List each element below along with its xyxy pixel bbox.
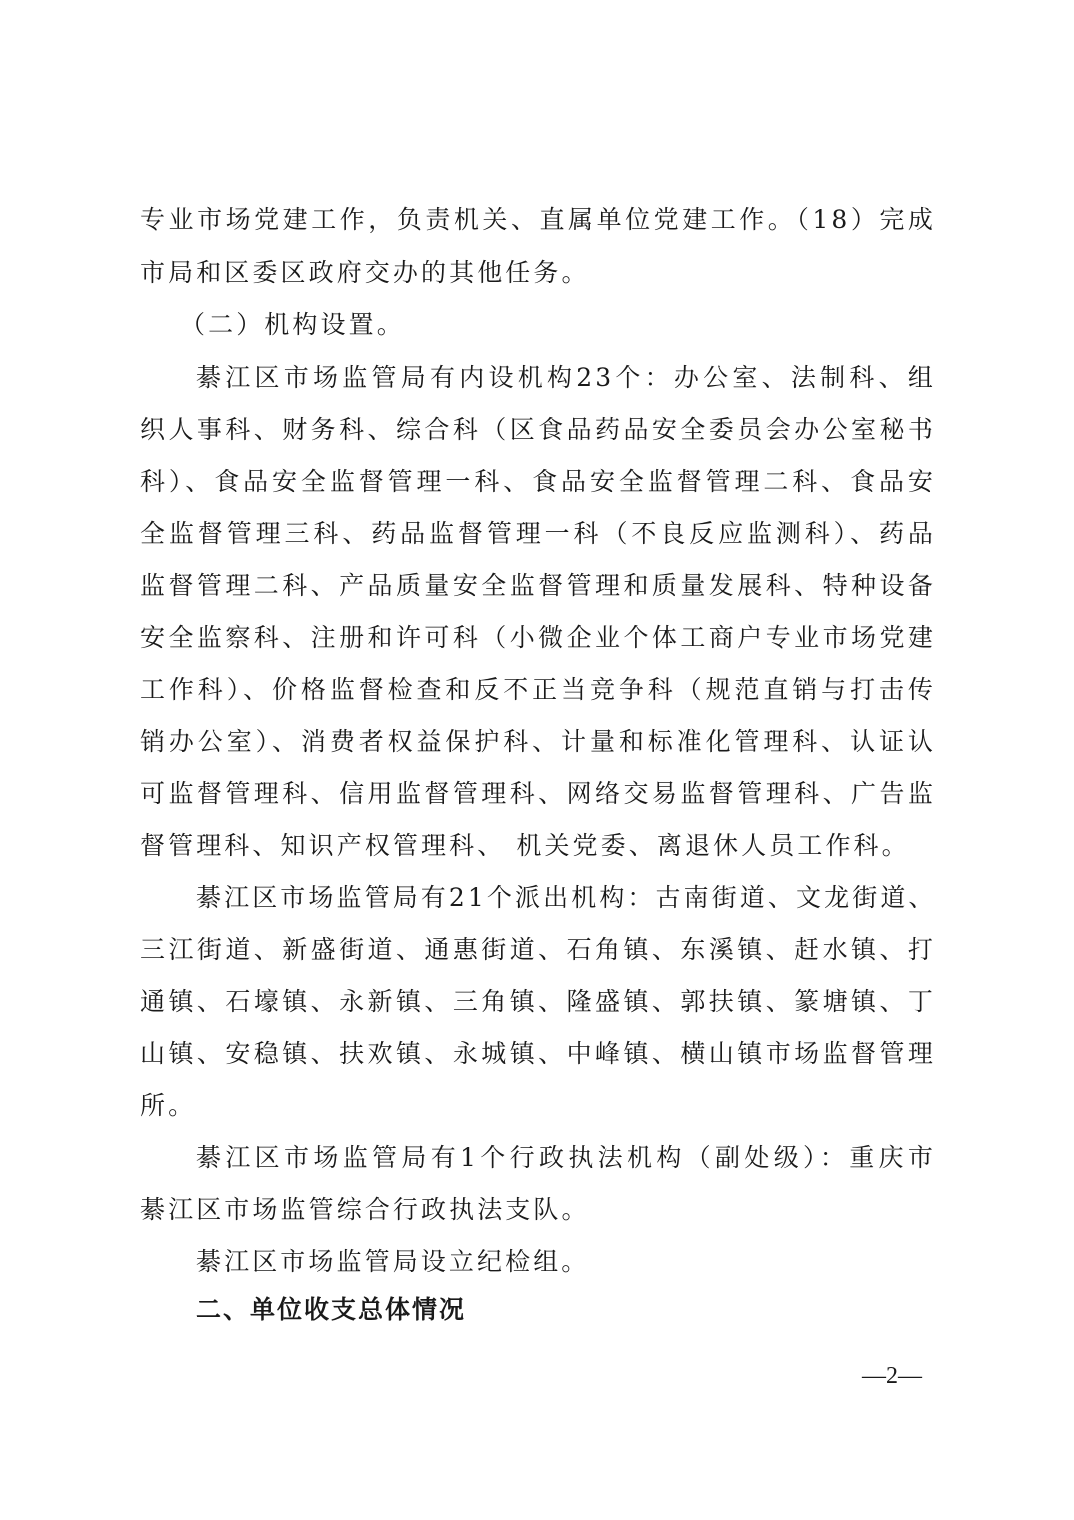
paragraph-line: 可监督管理科、信用监督管理科、网络交易监督管理科、广告监	[140, 774, 936, 814]
paragraph-line: 销办公室）、消费者权益保护科、计量和标准化管理科、认证认	[140, 722, 936, 762]
paragraph-line: 安全监察科、注册和许可科（小微企业个体工商户专业市场党建	[140, 618, 936, 658]
paragraph-line: 科）、食品安全监督管理一科、食品安全监督管理二科、食品安	[140, 462, 936, 502]
chapter-heading: 二、单位收支总体情况	[196, 1290, 466, 1330]
paragraph-line: 工作科）、价格监督检查和反不正当竞争科（规范直销与打击传	[140, 670, 936, 710]
paragraph-line: 专业市场党建工作，负责机关、直属单位党建工作。（18）完成	[140, 200, 936, 240]
paragraph-line: 通镇、石壕镇、永新镇、三角镇、隆盛镇、郭扶镇、篆塘镇、丁	[140, 982, 936, 1022]
paragraph-line: 所。	[140, 1086, 936, 1126]
page-number: —2—	[862, 1358, 922, 1394]
paragraph-line: 全监督管理三科、药品监督管理一科（不良反应监测科）、药品	[140, 514, 936, 554]
paragraph-line: 綦江区市场监管局有1个行政执法机构（副处级）：重庆市	[196, 1138, 936, 1178]
paragraph-line: 市局和区委区政府交办的其他任务。	[140, 253, 936, 293]
paragraph-line: 綦江区市场监管综合行政执法支队。	[140, 1190, 936, 1230]
document-page: 专业市场党建工作，负责机关、直属单位党建工作。（18）完成 市局和区委区政府交办…	[0, 0, 1074, 1520]
paragraph-line: 山镇、安稳镇、扶欢镇、永城镇、中峰镇、横山镇市场监督管理	[140, 1034, 936, 1074]
paragraph-line: 织人事科、财务科、综合科（区食品药品安全委员会办公室秘书	[140, 410, 936, 450]
paragraph-line: 督管理科、知识产权管理科、 机关党委、离退休人员工作科。	[140, 826, 936, 866]
paragraph-line: 綦江区市场监管局有内设机构23个：办公室、法制科、组	[196, 358, 936, 398]
section-heading: （二）机构设置。	[180, 305, 920, 345]
paragraph-line: 綦江区市场监管局有21个派出机构：古南街道、文龙街道、	[196, 878, 936, 918]
paragraph-line: 綦江区市场监管局设立纪检组。	[196, 1242, 936, 1282]
paragraph-line: 三江街道、新盛街道、通惠街道、石角镇、东溪镇、赶水镇、打	[140, 930, 936, 970]
paragraph-line: 监督管理二科、产品质量安全监督管理和质量发展科、特种设备	[140, 566, 936, 606]
